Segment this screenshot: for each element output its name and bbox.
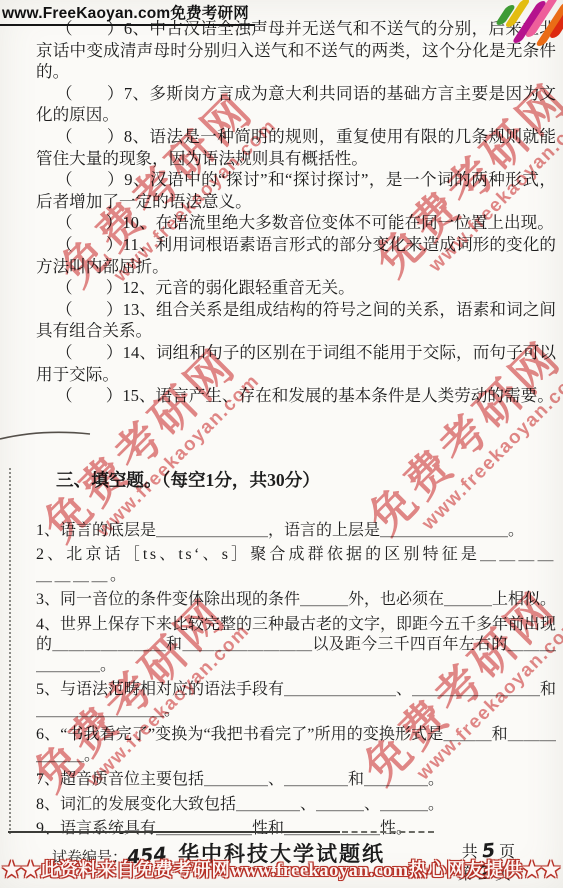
judgement-item: （ ）8、语法是一种简明的规则，重复使用有限的几条规则就能管住大量的现象，因为语…	[36, 126, 556, 169]
freekaoyan-stripes-logo-icon	[501, 0, 563, 46]
judgement-item: （ ）6、中古汉语全浊声母并无送气和不送气的分别，后来在北京话中变成清声母时分别…	[36, 18, 556, 83]
judgement-item: （ ）7、多斯岗方言成为意大利共同语的基础方言主要是因为文化的原因。	[36, 83, 556, 126]
fill-item: 2、北京话［ts、ts‘、s］聚合成群依据的区别特征是＿＿＿＿＿＿＿＿。	[36, 545, 556, 586]
fill-section-title: 三、填空题。（每空1分，共30分）	[36, 469, 556, 491]
judgement-item: （ ）11、利用词根语素语言形式的部分变化来造成词形的变化的方法叫内部屈折。	[36, 234, 556, 277]
fill-item: 6、“书我看完了”变换为“我把书看完了”所用的变换形式是＿＿＿和＿＿＿＿＿＿。	[36, 725, 556, 766]
judgement-item: （ ）9、汉语中的“探讨”和“探讨探讨”，是一个词的两种形式，后者增加了一定的语…	[36, 169, 556, 212]
judgement-item: （ ）13、组合关系是组成结构的符号之间的关系，语素和词之间具有组合关系。	[36, 299, 556, 342]
fill-item: 4、世界上保存下来比较完整的三种最古老的文字，即距今五千多年前出现的＿＿＿＿＿＿…	[36, 615, 556, 677]
scan-curve-line	[0, 428, 92, 442]
judgement-item: （ ）10、在语流里绝大多数音位变体不可能在同一位置上出现。	[36, 212, 556, 234]
judgement-item: （ ）14、词组和句子的区别在于词组不能用于交际，而句子可以用于交际。	[36, 342, 556, 385]
judgement-item: （ ）15、语言产生、存在和发展的基本条件是人类劳动的需要。	[36, 385, 556, 407]
page-border-left	[9, 468, 11, 834]
fill-item: 5、与语法范畴相对应的语法手段有＿＿＿＿＿＿＿、＿＿＿＿＿＿＿＿和＿＿＿＿＿＿＿…	[36, 680, 556, 721]
fill-item: 1、语言的底层是＿＿＿＿＿＿＿，语言的上层是＿＿＿＿＿＿＿＿。	[36, 521, 556, 542]
fill-item: 7、超音质音位主要包括＿＿＿＿、＿＿＿＿和＿＿＿＿。	[36, 770, 556, 791]
fill-item: 9、语言系统具有＿＿＿＿＿＿性和＿＿＿＿＿＿性。	[36, 819, 556, 840]
judgement-item: （ ）12、元音的弱化跟轻重音无关。	[36, 277, 556, 299]
fill-item: 8、词汇的发展变化大致包括＿＿＿＿、＿＿＿、＿＿＿。	[36, 795, 556, 816]
fill-item: 3、同一音位的条件变体除出现的条件＿＿＿外，也必须在＿＿＿上相似。	[36, 590, 556, 611]
freekaoyan-banner: ★★此资料来自免费考研网www.freekaoyan.com热心网友提供★★	[2, 856, 560, 882]
page-border-bottom	[8, 831, 340, 833]
site-header-text: www.FreeKaoyan.com免费考研网	[0, 1, 255, 26]
scanned-exam-page: www.FreeKaoyan.com免费考研网 （ ）6、中古汉语全浊声母并无送…	[0, 0, 563, 888]
page-border-bottom-dashed	[342, 831, 434, 833]
exam-body: （ ）6、中古汉语全浊声母并无送气和不送气的分别，后来在北京话中变成清声母时分别…	[36, 18, 556, 844]
